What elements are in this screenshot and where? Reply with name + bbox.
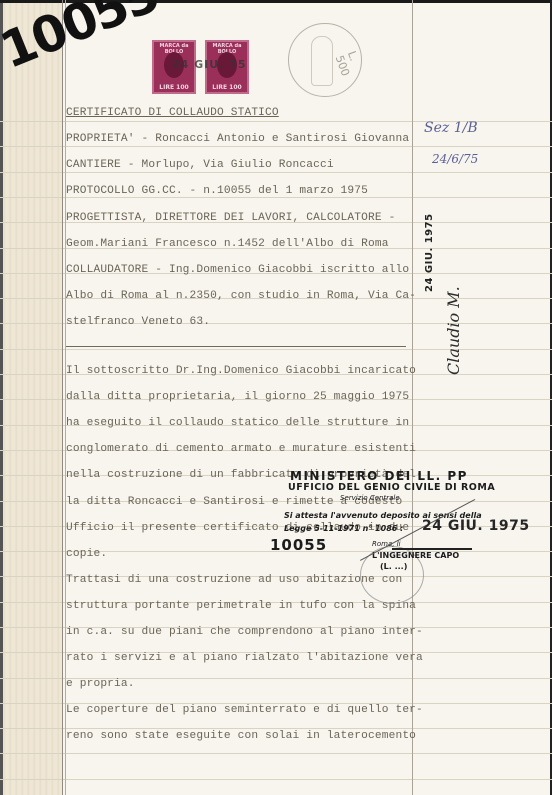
body-line: conglomerato di cemento armato e muratur…: [66, 442, 416, 456]
ruled-line: [0, 779, 552, 780]
left-margin-line: [62, 0, 63, 795]
stamp-cancellation: 24 GIU. 75: [172, 58, 247, 71]
stamp-value: LIRE 100: [207, 84, 247, 91]
office-stamp-chief-name: (L. ...): [380, 562, 407, 571]
margin-signature: Claudio M.: [444, 286, 463, 375]
header-line: COLLAUDATORE - Ing.Domenico Giacobbi isc…: [66, 263, 409, 277]
body-line: struttura portante perimetrale in tufo c…: [66, 599, 416, 613]
document-title: CERTIFICATO DI COLLAUDO STATICO: [66, 106, 279, 120]
office-stamp-number: 10055: [270, 536, 327, 554]
body-line: dalla ditta proprietaria, il giorno 25 m…: [66, 390, 409, 404]
document-page: 10055 MARCA da BOLLO LIRE 100 MARCA da B…: [0, 0, 552, 795]
ruled-line: [0, 349, 552, 350]
office-stamp-law: Legge 5-11-1971 n° 1086 :: [284, 524, 403, 533]
body-line: reno sono state eseguite con solai in la…: [66, 729, 416, 743]
office-stamp-ministry: MINISTERO DEI LL. PP: [290, 469, 468, 483]
body-line: in c.a. su due piani che comprendono al …: [66, 625, 423, 639]
body-line: Trattasi di una costruzione ad uso abita…: [66, 573, 402, 587]
header-line: PROGETTISTA, DIRETTORE DEI LAVORI, CALCO…: [66, 211, 395, 225]
allegorical-figure-icon: [311, 36, 333, 86]
left-binding-strip: [0, 0, 62, 795]
right-margin-line: [412, 0, 413, 795]
left-page-edge: [0, 0, 3, 795]
stamp-value: LIRE 100: [154, 84, 194, 91]
body-line: rato i servizi e al piano rialzato l'abi…: [66, 651, 423, 665]
body-line: copie.: [66, 547, 107, 561]
margin-reference-date: 24/6/75: [432, 152, 478, 166]
office-stamp-office: UFFICIO DEL GENIO CIVILE DI ROMA: [288, 482, 495, 493]
office-stamp-service: Servizio Centrale: [340, 494, 400, 502]
body-line: Le coperture del piano seminterrato e di…: [66, 703, 423, 717]
header-line: Geom.Mariani Francesco n.1452 dell'Albo …: [66, 237, 389, 251]
header-line: stelfranco Veneto 63.: [66, 315, 210, 329]
body-line: ha eseguito il collaudo statico delle st…: [66, 416, 409, 430]
body-line: Il sottoscritto Dr.Ing.Domenico Giacobbi…: [66, 364, 416, 378]
margin-reference: Sez 1/B: [424, 120, 478, 136]
vertical-date-stamp: 24 GIU. 1975: [424, 213, 435, 292]
office-stamp-chief: L'INGEGNERE CAPO: [372, 551, 459, 560]
office-stamp-date: 24 GIU. 1975: [422, 518, 530, 534]
ruled-line: [0, 753, 552, 754]
ruled-line: [0, 146, 552, 147]
section-separator: [66, 346, 406, 347]
header-line: Albo di Roma al n.2350, con studio in Ro…: [66, 289, 416, 303]
signature-line: [392, 548, 472, 550]
handwritten-file-number: 10055: [0, 0, 166, 80]
header-line: PROTOCOLLO GG.CC. - n.10055 del 1 marzo …: [66, 184, 368, 198]
header-line: CANTIERE - Morlupo, Via Giulio Roncacci: [66, 158, 334, 172]
header-line: PROPRIETA' - Roncacci Antonio e Santiros…: [66, 132, 409, 146]
seal-value: L. 500: [333, 49, 366, 80]
body-line: e propria.: [66, 677, 135, 691]
embossed-seal: L. 500: [288, 23, 362, 97]
